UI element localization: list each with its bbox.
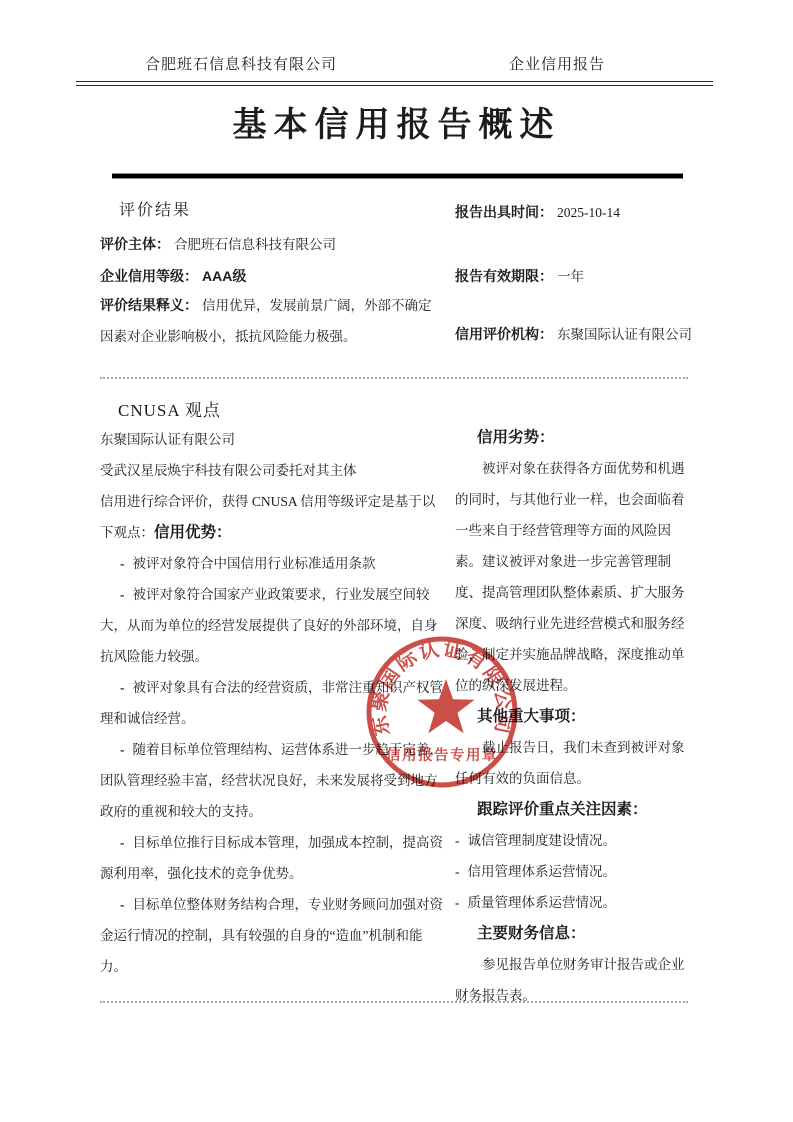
seal-caption: 信用报告专用章 <box>386 746 498 764</box>
tracking-title: 跟踪评价重点关注因素： <box>455 794 697 825</box>
cnusa-heading: CNUSA 观点 <box>118 396 221 421</box>
credit-grade-label: 企业信用等级： <box>100 268 198 284</box>
bullet-marker: - <box>120 556 125 571</box>
report-date-label: 报告出具时间： <box>455 204 553 220</box>
bullet-marker: - <box>120 742 125 757</box>
tracking-item: -诚信管理制度建设情况。 <box>455 825 697 856</box>
page-title: 基本信用报告概述 <box>0 97 793 146</box>
tracking-item: -质量管理体系运营情况。 <box>455 887 697 918</box>
cnusa-intro-line: 受武汉星辰焕宇科技有限公司委托对其主体 <box>100 455 446 486</box>
tracking-text: 诚信管理制度建设情况。 <box>460 833 617 848</box>
bullet-marker: - <box>455 833 460 848</box>
advantages-title: 信用优势： <box>154 524 232 541</box>
tracking-text: 信用管理体系运营情况。 <box>460 864 617 879</box>
advantage-item: -目标单位推行目标成本管理，加强成本控制，提高资源利用率，强化技术的竞争优势。 <box>100 827 446 889</box>
credit-grade-row: 企业信用等级：AAA级 <box>100 261 440 292</box>
validity-label: 报告有效期限： <box>455 268 553 284</box>
tracking-text: 质量管理体系运营情况。 <box>460 895 617 910</box>
cnusa-intro-text: 信用进行综合评价，获得 CNUSA 信用等级评定是基于以下观点： <box>100 494 435 540</box>
bullet-marker: - <box>120 680 125 695</box>
evaluation-heading: 评价结果 <box>119 197 191 220</box>
header-report-type: 企业信用报告 <box>509 53 605 74</box>
result-meaning-row: 评价结果释义：信用优异，发展前景广阔，外部不确定因素对企业影响极小，抵抗风险能力… <box>100 290 436 352</box>
bullet-marker: - <box>455 864 460 879</box>
finance-title: 主要财务信息： <box>455 918 697 949</box>
credit-grade-value: AAA级 <box>198 268 246 284</box>
title-divider <box>112 173 683 179</box>
report-date-row: 报告出具时间：2025-10-14 <box>455 197 710 228</box>
agency-value: 东聚国际认证有限公司 <box>553 327 692 342</box>
bullet-marker: - <box>120 587 125 602</box>
section-divider-bottom <box>100 1001 688 1003</box>
header-company-name: 合肥班石信息科技有限公司 <box>145 53 337 74</box>
advantage-text: 被评对象符合中国信用行业标准适用条款 <box>125 556 376 571</box>
advantage-text: 目标单位推行目标成本管理，加强成本控制，提高资源利用率，强化技术的竞争优势。 <box>100 835 443 881</box>
cnusa-intro-line: 信用进行综合评价，获得 CNUSA 信用等级评定是基于以下观点：信用优势： <box>100 486 446 548</box>
bullet-marker: - <box>120 835 125 850</box>
cnusa-intro-line: 东聚国际认证有限公司 <box>100 424 446 455</box>
report-date-value: 2025-10-14 <box>553 205 620 220</box>
credit-report-page: 合肥班石信息科技有限公司 企业信用报告 基本信用报告概述 评价结果 评价主体：合… <box>0 0 793 1122</box>
evaluation-subject-value: 合肥班石信息科技有限公司 <box>170 237 336 252</box>
header-divider <box>76 81 713 86</box>
evaluation-subject-row: 评价主体：合肥班石信息科技有限公司 <box>100 229 440 260</box>
bullet-marker: - <box>455 895 460 910</box>
section-divider-top <box>100 377 688 379</box>
company-seal-stamp: 东聚国际认证有限公司 信用报告专用章 <box>362 633 522 793</box>
advantage-item: -被评对象符合中国信用行业标准适用条款 <box>100 548 446 579</box>
validity-value: 一年 <box>553 269 584 284</box>
tracking-item: -信用管理体系运营情况。 <box>455 856 697 887</box>
evaluation-subject-label: 评价主体： <box>100 236 170 252</box>
agency-label: 信用评价机构： <box>455 326 553 342</box>
bullet-marker: - <box>120 897 125 912</box>
star-icon <box>417 679 474 733</box>
advantage-item: -目标单位整体财务结构合理，专业财务顾问加强对资金运行情况的控制，具有较强的自身… <box>100 889 446 982</box>
result-meaning-label: 评价结果释义： <box>100 297 198 313</box>
agency-row: 信用评价机构：东聚国际认证有限公司 <box>455 319 710 350</box>
validity-row: 报告有效期限：一年 <box>455 261 710 292</box>
advantage-text: 目标单位整体财务结构合理，专业财务顾问加强对资金运行情况的控制，具有较强的自身的… <box>100 897 443 974</box>
disadvantages-title: 信用劣势： <box>455 422 697 453</box>
